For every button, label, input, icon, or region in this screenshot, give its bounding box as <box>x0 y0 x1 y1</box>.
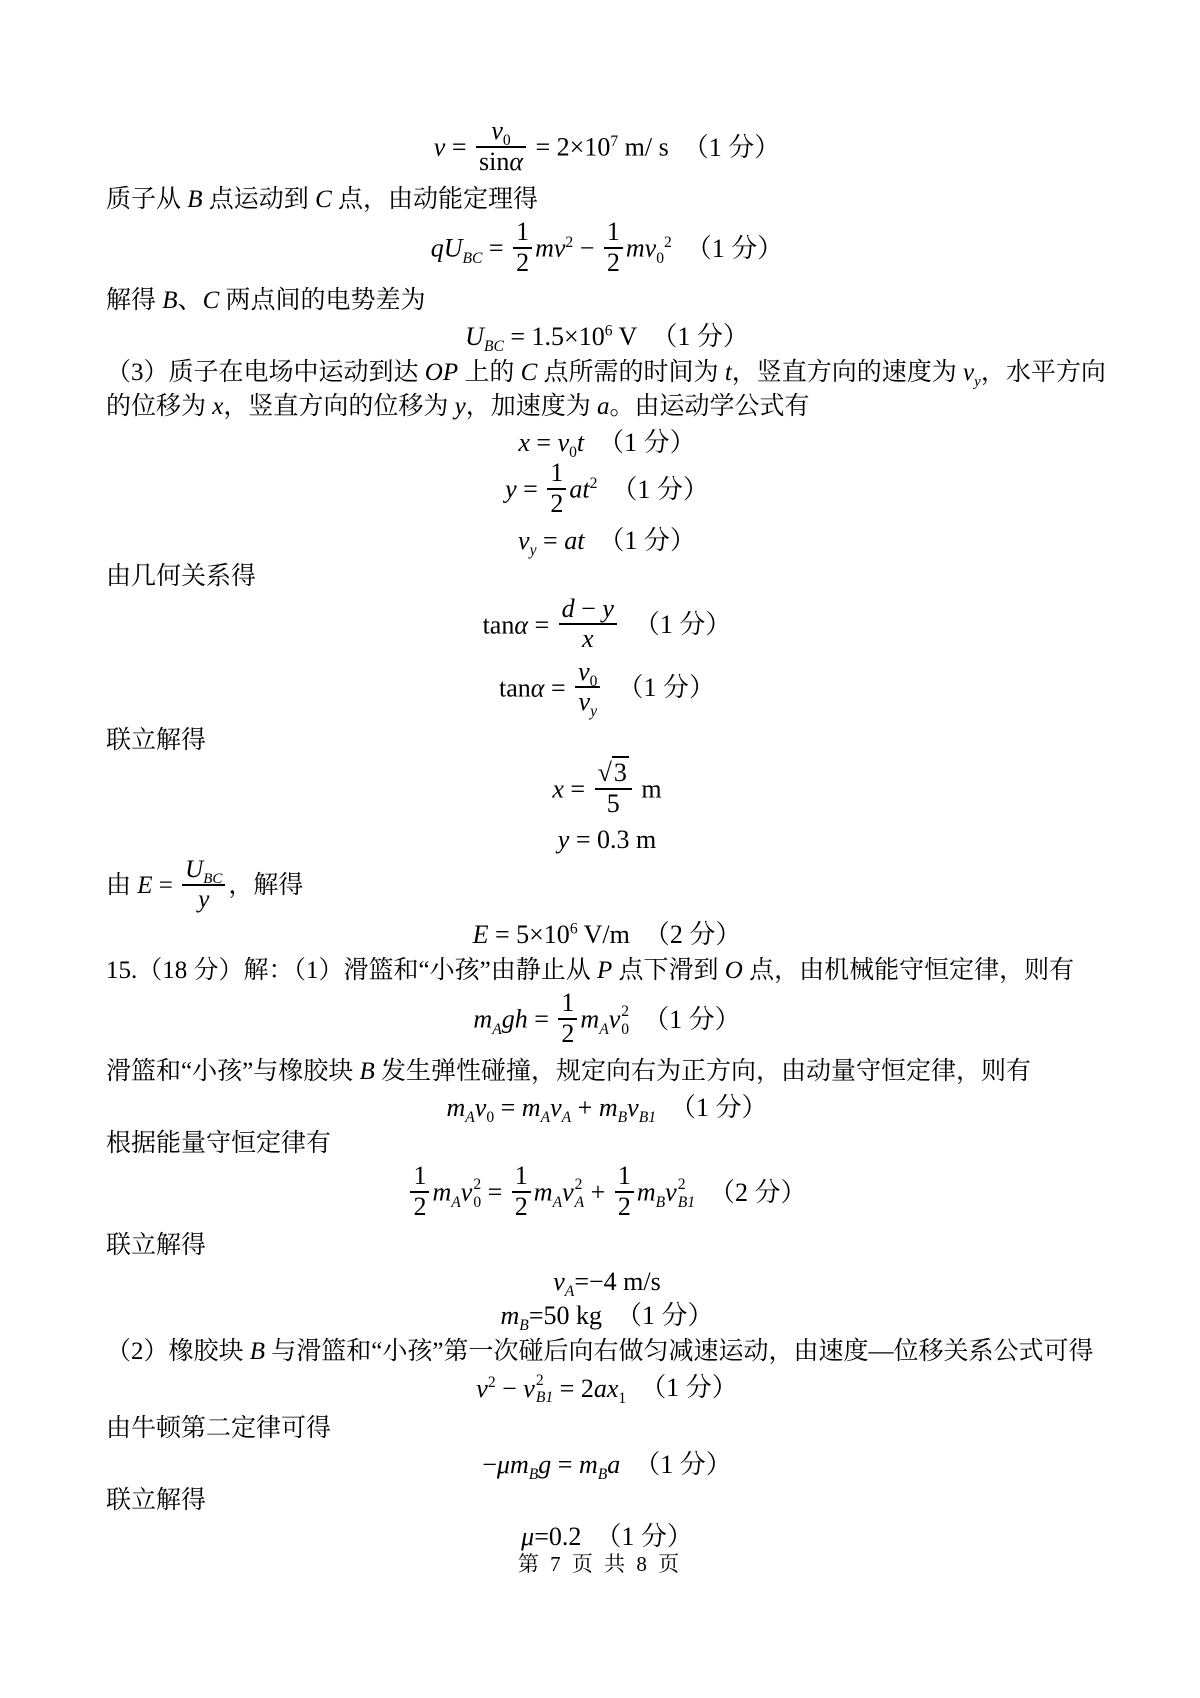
fraction: d − yx <box>559 595 617 654</box>
math-variable: v <box>434 133 446 162</box>
math-text: V/m <box>578 920 630 949</box>
math-text: 2 <box>618 1192 631 1221</box>
math-variable: m <box>432 1178 451 1207</box>
math-variable: m <box>534 1178 553 1207</box>
math-superscript: 2 <box>473 1176 481 1194</box>
math-variable: a <box>607 1450 620 1479</box>
math-variable: U <box>465 322 484 351</box>
math-variable: x <box>212 393 223 420</box>
math-text: m/ s <box>618 133 669 162</box>
fraction-denominator: sinα <box>476 146 526 177</box>
math-superscript: 6 <box>605 323 613 340</box>
score-label: （1 分） <box>670 1093 768 1122</box>
math-variable: v <box>627 1093 639 1122</box>
fraction-numerator: 1 <box>615 1162 634 1191</box>
math-variable: at <box>569 475 589 504</box>
math-text: 联立解得 <box>106 727 206 754</box>
math-text: − <box>482 1450 497 1479</box>
math-subscript: B1 <box>639 1110 656 1127</box>
math-variable: a <box>597 393 610 420</box>
fraction-numerator: v0 <box>476 117 526 146</box>
math-variable: α <box>514 610 528 639</box>
math-text: 1 <box>550 458 563 487</box>
math-variable: mv <box>626 234 656 263</box>
math-text: =−4 m/s <box>574 1267 660 1296</box>
math-text: V <box>613 322 638 351</box>
math-text: 由牛顿第二定律可得 <box>106 1415 331 1442</box>
fraction: √35 <box>595 759 632 818</box>
math-subscript: A <box>492 1021 502 1038</box>
text-line: 15.（18 分）解：（1）滑篮和“小孩”由静止从 P 点下滑到 O 点，由机械… <box>106 954 1108 988</box>
math-text: 解得 <box>106 287 162 314</box>
math-text: = <box>482 234 510 263</box>
math-text: 联立解得 <box>106 1232 206 1259</box>
score-label: （1 分） <box>634 610 732 639</box>
fraction-numerator: UBC <box>182 856 225 884</box>
math-text: = <box>517 475 545 504</box>
fraction: 12 <box>615 1162 634 1221</box>
fraction-numerator: 1 <box>512 1162 531 1191</box>
stacked-sub-sup: 2A <box>575 1176 585 1212</box>
math-variable: m <box>446 1093 465 1122</box>
math-variable: m <box>580 1005 599 1034</box>
math-subscript: A <box>599 1021 609 1038</box>
math-text: ，竖直方向的位移为 <box>223 393 454 420</box>
math-superscript: 2 <box>590 475 598 492</box>
math-text: 联立解得 <box>106 1487 206 1514</box>
math-variable: v <box>609 1005 621 1034</box>
math-text: 点所需的时间为 <box>537 359 725 386</box>
math-text: 15.（18 分）解：（1）滑篮和“小孩”由静止从 <box>106 957 597 984</box>
fraction-numerator: 1 <box>547 459 566 488</box>
formula-line: E = 5×106 V/m（2 分） <box>106 920 1108 950</box>
math-variable: P <box>597 957 612 984</box>
math-variable: v <box>963 359 974 386</box>
math-text: （2）橡胶块 <box>106 1338 250 1365</box>
formula-line: vy = at（1 分） <box>106 526 1108 556</box>
text-line: 滑篮和“小孩”与橡胶块 B 发生弹性碰撞，规定向右为正方向，由动量守恒定律，则有 <box>106 1055 1108 1089</box>
math-variable: v <box>553 1267 565 1296</box>
fraction-numerator: 1 <box>558 989 577 1018</box>
math-subscript: B1 <box>536 1389 553 1407</box>
fraction-denominator: 2 <box>513 247 532 278</box>
math-subscript: BC <box>484 339 504 356</box>
score-label: （1 分） <box>651 322 749 351</box>
stacked-sub-sup: 20 <box>621 1003 629 1039</box>
math-variable: m <box>473 1005 492 1034</box>
math-text: 2 <box>413 1192 426 1221</box>
math-text: 1 <box>515 1161 528 1190</box>
math-text: = <box>528 1005 556 1034</box>
fraction-denominator: vy <box>575 686 600 717</box>
math-text: ，水平方向 <box>981 359 1106 386</box>
math-text: sin <box>479 147 509 176</box>
text-line: 由 E = UBCy，解得 <box>106 859 1108 916</box>
math-text: 根据能量守恒定律有 <box>106 1130 331 1157</box>
math-superscript: 6 <box>570 920 578 937</box>
score-label: （1 分） <box>686 234 784 263</box>
score-label: （1 分） <box>611 475 709 504</box>
math-text: = <box>153 872 180 899</box>
math-variable: E <box>473 920 489 949</box>
math-superscript: 2 <box>664 234 672 251</box>
math-variable: x <box>518 428 530 457</box>
fraction: 12 <box>410 1162 429 1221</box>
fraction: 12 <box>547 459 566 518</box>
score-label: （1 分） <box>640 1373 738 1402</box>
math-text: 两点间的电势差为 <box>219 287 425 314</box>
math-variable: OP <box>425 359 458 386</box>
math-superscript: 2 <box>678 1176 695 1194</box>
formula-line: 12mAv20 = 12mAv2A + 12mBv2B1（2 分） <box>106 1165 1108 1224</box>
math-variable: α <box>531 673 545 702</box>
math-variable: α <box>509 147 523 176</box>
fraction-denominator: 2 <box>547 488 566 519</box>
math-text: + <box>571 1093 599 1122</box>
math-subscript: A <box>541 1110 551 1127</box>
fraction-numerator: √3 <box>595 759 632 788</box>
math-variable: y <box>558 825 570 854</box>
math-text: = <box>528 610 556 639</box>
math-subscript: B1 <box>678 1194 695 1212</box>
math-variable: y <box>198 886 209 913</box>
math-text: m <box>635 775 662 804</box>
math-subscript: BC <box>462 250 482 267</box>
math-variable: v <box>579 687 591 716</box>
math-text: = <box>481 1178 509 1207</box>
formula-line: qUBC = 12mv2 − 12mv02（1 分） <box>106 221 1108 280</box>
math-text: 。由运动学公式有 <box>610 393 810 420</box>
math-subscript: B <box>598 1467 608 1484</box>
math-subscript: B <box>529 1467 539 1484</box>
math-text: = 2×10 <box>529 133 610 162</box>
math-subscript: y <box>590 704 597 721</box>
text-line: 的位移为 x，竖直方向的位移为 y，加速度为 a。由运动学公式有 <box>106 390 1108 424</box>
formula-line: v = v0sinα = 2×107 m/ s（1 分） <box>106 120 1108 179</box>
math-variable: C <box>315 186 332 213</box>
math-text: 发生弹性碰撞，规定向右为正方向，由动量守恒定律，则有 <box>375 1058 1031 1085</box>
math-text: = <box>494 1093 522 1122</box>
score-label: （1 分） <box>643 1005 741 1034</box>
text-line: 联立解得 <box>106 1484 1108 1518</box>
math-text: 1 <box>607 217 620 246</box>
fraction: v0vy <box>575 658 600 717</box>
fraction: 12 <box>604 218 623 277</box>
math-variable: v <box>461 1178 473 1207</box>
math-text: 2 <box>516 248 529 277</box>
score-label: （1 分） <box>634 1450 732 1479</box>
formula-line: mB=50 kg（1 分） <box>106 1301 1108 1331</box>
math-subscript: 0 <box>486 1110 494 1127</box>
fraction-numerator: 1 <box>513 218 532 247</box>
math-text: + <box>584 1178 612 1207</box>
sqrt-radical: √3 <box>598 756 629 787</box>
fraction-numerator: 1 <box>604 218 623 247</box>
math-variable: B <box>187 186 202 213</box>
math-variable: y <box>602 594 614 623</box>
text-line: 质子从 B 点运动到 C 点，由动能定理得 <box>106 183 1108 217</box>
math-text: tan <box>499 673 531 702</box>
math-variable: gh <box>502 1005 528 1034</box>
math-text: = <box>564 775 592 804</box>
exam-answer-page: v = v0sinα = 2×107 m/ s（1 分）质子从 B 点运动到 C… <box>0 0 1200 1698</box>
score-label: （2 分） <box>644 920 742 949</box>
math-text: 、 <box>178 287 203 314</box>
stacked-sub-sup: 20 <box>473 1176 481 1212</box>
math-variable: v <box>578 657 590 686</box>
math-subscript: 0 <box>621 1021 629 1039</box>
text-line: 联立解得 <box>106 724 1108 758</box>
formula-line: y = 12at2（1 分） <box>106 462 1108 521</box>
math-variable: E <box>137 872 152 899</box>
math-text: = <box>544 673 572 702</box>
page-footer: 第 7 页 共 8 页 <box>0 1548 1200 1578</box>
math-text: 质子从 <box>106 186 187 213</box>
math-text: 滑篮和“小孩”与橡胶块 <box>106 1058 359 1085</box>
score-label: （2 分） <box>709 1178 807 1207</box>
math-variable: y <box>455 393 466 420</box>
math-variable: qU <box>431 234 463 263</box>
page-number: 第 7 页 共 8 页 <box>518 1552 682 1576</box>
math-variable: v <box>475 1093 487 1122</box>
text-line: 解得 B、C 两点间的电势差为 <box>106 284 1108 318</box>
fraction-denominator: 5 <box>595 788 632 819</box>
math-subscript: A <box>553 1194 563 1211</box>
score-label: （1 分） <box>617 673 715 702</box>
math-variable: v <box>550 1093 562 1122</box>
math-text: =50 kg <box>529 1301 602 1330</box>
radicand: 3 <box>612 756 629 787</box>
formula-line: x = v0t（1 分） <box>106 428 1108 458</box>
fraction-denominator: x <box>559 623 617 654</box>
text-line: 由牛顿第二定律可得 <box>106 1412 1108 1446</box>
math-text: ，解得 <box>228 872 303 899</box>
math-variable: v <box>562 1178 574 1207</box>
math-text: 1 <box>413 1161 426 1190</box>
formula-line: x = √35 m <box>106 762 1108 821</box>
fraction-denominator: 2 <box>410 1191 429 1222</box>
math-variable: v <box>518 526 530 555</box>
math-subscript: A <box>451 1194 461 1211</box>
math-text: 由几何关系得 <box>106 563 256 590</box>
fraction-numerator: d − y <box>559 595 617 624</box>
math-variable: x <box>582 624 594 653</box>
score-label: （1 分） <box>616 1301 714 1330</box>
math-text: 1 <box>516 217 529 246</box>
math-variable: U <box>185 856 203 883</box>
fraction-numerator: v0 <box>575 658 600 687</box>
math-variable: g <box>538 1450 551 1479</box>
math-text: 点，由动能定理得 <box>332 186 538 213</box>
math-text: 1 <box>618 1161 631 1190</box>
math-subscript: A <box>575 1194 585 1212</box>
math-subscript: B <box>618 1110 628 1127</box>
math-variable: x <box>552 775 564 804</box>
math-superscript: 2 <box>575 1176 585 1194</box>
math-text: 的位移为 <box>106 393 212 420</box>
math-variable: d <box>562 594 575 623</box>
math-text: =0.2 <box>534 1522 581 1551</box>
formula-line: v2 − v2B1 = 2ax1（1 分） <box>106 1373 1108 1409</box>
fraction-denominator: 2 <box>558 1018 577 1049</box>
text-line: 联立解得 <box>106 1229 1108 1263</box>
math-variable: C <box>521 359 538 386</box>
math-text: = 2 <box>553 1373 594 1402</box>
math-text: = 1.5×10 <box>504 322 605 351</box>
math-text: 点运动到 <box>203 186 316 213</box>
math-subscript: 1 <box>618 1390 626 1407</box>
math-text: = <box>537 526 565 555</box>
formula-line: UBC = 1.5×106 V（1 分） <box>106 322 1108 352</box>
fraction: 12 <box>512 1162 531 1221</box>
math-text: 点下滑到 <box>612 957 725 984</box>
math-text: − <box>496 1373 524 1402</box>
math-subscript: y <box>530 542 537 559</box>
math-text: ，加速度为 <box>466 393 597 420</box>
math-variable: m <box>599 1093 618 1122</box>
fraction-numerator: 1 <box>410 1162 429 1191</box>
math-variable: m <box>637 1178 656 1207</box>
math-superscript: 2 <box>488 1374 496 1391</box>
math-text: 2 <box>561 1019 574 1048</box>
math-variable: y <box>505 475 517 504</box>
math-variable: B <box>250 1338 265 1365</box>
math-variable: v <box>476 1373 488 1402</box>
math-variable: mv <box>535 234 565 263</box>
formula-line: vA=−4 m/s <box>106 1267 1108 1297</box>
math-variable: m <box>501 1301 520 1330</box>
fraction: 12 <box>513 218 532 277</box>
math-variable: B <box>162 287 177 314</box>
math-text: 1 <box>561 988 574 1017</box>
math-text: （3）质子在电场中运动到达 <box>106 359 425 386</box>
math-variable: μm <box>497 1450 529 1479</box>
math-variable: m <box>522 1093 541 1122</box>
score-label: （1 分） <box>598 526 696 555</box>
fraction: v0sinα <box>476 117 526 176</box>
math-text: ，竖直方向的速度为 <box>732 359 963 386</box>
formula-line: mAv0 = mAvA + mBvB1（1 分） <box>106 1093 1108 1123</box>
math-text: = <box>551 1450 579 1479</box>
math-variable: t <box>577 428 584 457</box>
fraction-denominator: y <box>182 884 225 914</box>
math-variable: C <box>203 287 220 314</box>
document-body: v = v0sinα = 2×107 m/ s（1 分）质子从 B 点运动到 C… <box>0 0 1200 1552</box>
math-text: = 0.3 m <box>569 825 656 854</box>
fraction-denominator: 2 <box>615 1191 634 1222</box>
math-superscript: 7 <box>610 133 618 150</box>
math-text: = <box>445 133 473 162</box>
math-variable: v <box>523 1373 535 1402</box>
math-text: − <box>575 594 603 623</box>
math-subscript: B <box>519 1317 529 1334</box>
math-text: tan <box>483 610 515 639</box>
math-subscript: 0 <box>473 1194 481 1212</box>
math-text: 2 <box>550 489 563 518</box>
formula-line: tanα = d − yx（1 分） <box>106 598 1108 657</box>
text-line: （2）橡胶块 B 与滑篮和“小孩”第一次碰后向右做匀减速运动，由速度—位移关系公… <box>106 1335 1108 1369</box>
math-subscript: B <box>656 1194 666 1211</box>
fraction: 12 <box>558 989 577 1048</box>
math-variable: m <box>579 1450 598 1479</box>
math-text: = <box>530 428 558 457</box>
fraction: UBCy <box>182 856 225 913</box>
math-subscript: 0 <box>569 445 577 462</box>
math-variable: v <box>665 1178 677 1207</box>
formula-line: −μmBg = mBa（1 分） <box>106 1450 1108 1480</box>
formula-line: mAgh = 12mAv20（1 分） <box>106 992 1108 1051</box>
math-text: 由 <box>106 872 137 899</box>
math-text: 与滑篮和“小孩”第一次碰后向右做匀减速运动，由速度—位移关系公式可得 <box>265 1338 1093 1365</box>
math-subscript: A <box>465 1110 475 1127</box>
math-variable: at <box>564 526 584 555</box>
math-text: 上的 <box>458 359 521 386</box>
formula-line: y = 0.3 m <box>106 825 1108 855</box>
math-text: − <box>573 234 601 263</box>
math-text: 2 <box>607 248 620 277</box>
text-line: 由几何关系得 <box>106 560 1108 594</box>
math-variable: t <box>725 359 732 386</box>
math-superscript: 2 <box>536 1372 553 1390</box>
math-variable: O <box>725 957 743 984</box>
math-variable: B <box>359 1058 374 1085</box>
score-label: （1 分） <box>595 1522 693 1551</box>
math-text: = 5×10 <box>488 920 569 949</box>
stacked-sub-sup: 2B1 <box>536 1372 553 1408</box>
math-variable: μ <box>521 1522 534 1551</box>
math-subscript: A <box>565 1283 575 1300</box>
stacked-sub-sup: 2B1 <box>678 1176 695 1212</box>
math-variable: v <box>491 116 503 145</box>
math-text: 点，由机械能守恒定律，则有 <box>743 957 1074 984</box>
fraction-denominator: 2 <box>512 1191 531 1222</box>
math-superscript: 2 <box>621 1003 629 1021</box>
math-text: 2 <box>515 1192 528 1221</box>
math-variable: ax <box>594 1373 619 1402</box>
radical-sign: √ <box>598 758 612 787</box>
formula-line: tanα = v0vy（1 分） <box>106 661 1108 720</box>
math-text: 5 <box>607 789 620 818</box>
math-subscript: A <box>562 1110 572 1127</box>
math-subscript: 0 <box>656 250 664 267</box>
math-subscript: y <box>974 374 981 390</box>
fraction-denominator: 2 <box>604 247 623 278</box>
text-line: 根据能量守恒定律有 <box>106 1127 1108 1161</box>
score-label: （1 分） <box>683 133 781 162</box>
math-variable: v <box>558 428 570 457</box>
score-label: （1 分） <box>598 428 696 457</box>
text-line: （3）质子在电场中运动到达 OP 上的 C 点所需的时间为 t，竖直方向的速度为… <box>106 356 1108 390</box>
